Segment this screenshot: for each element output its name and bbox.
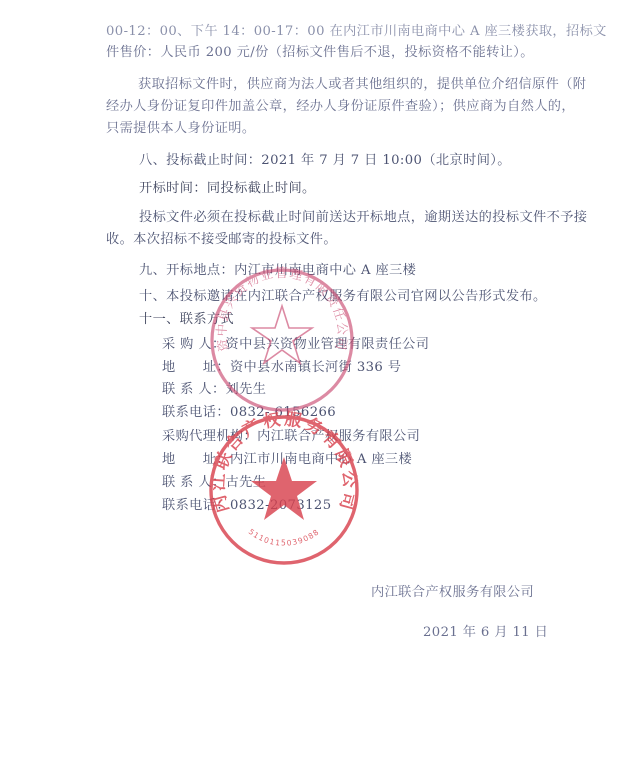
purchaser-address-row: 地 址：资中县水南镇长河街 336 号 (162, 359, 401, 377)
agency-phone-value: 0832-2073125 (230, 498, 332, 513)
contact-section-title: 十一、联系方式 (139, 311, 234, 329)
obtain-line-2: 经办人身份证复印件加盖公章，经办人身份证原件查验）；供应商为自然人的， (106, 98, 575, 116)
submission-line-1: 投标文件必须在投标截止时间前送达开标地点，逾期送达的投标文件不予接 (139, 209, 587, 227)
opening-time: 开标时间：同投标截止时间。 (139, 180, 316, 198)
agency-phone-label: 联系电话： (162, 498, 230, 513)
purchaser-phone-row: 联系电话：0832- 6156266 (162, 404, 336, 422)
agency-value: 内江联合产权服务有限公司 (257, 429, 420, 444)
submission-line-2: 收。本次招标不接受邮寄的投标文件。 (106, 231, 337, 249)
purchaser-phone-value: 0832- 6156266 (230, 405, 336, 420)
purchaser-row: 采 购 人：资中县兴资物业管理有限责任公司 (162, 336, 429, 354)
purchaser-contact-label: 联 系 人： (162, 382, 226, 397)
document-page: 00-12：00、下午 14：00-17：00 在内江市川南电商中心 A 座三楼… (0, 0, 632, 775)
agency-contact-label: 联 系 人： (162, 475, 226, 490)
obtain-line-1: 获取招标文件时，供应商为法人或者其他组织的，提供单位介绍信原件（附 (138, 76, 586, 94)
obtain-line-3: 只需提供本人身份证明。 (106, 120, 255, 138)
purchaser-address-label: 地 址： (162, 360, 230, 375)
publication-notice: 十、本投标邀请在内江联合产权服务有限公司官网以公告形式发布。 (139, 288, 547, 306)
purchaser-label: 采 购 人： (162, 337, 226, 352)
purchaser-value: 资中县兴资物业管理有限责任公司 (226, 337, 430, 352)
agency-contact-value: 古先生 (226, 475, 267, 490)
signature-date: 2021 年 6 月 11 日 (423, 624, 548, 642)
paragraph-top-line-1: 00-12：00、下午 14：00-17：00 在内江市川南电商中心 A 座三楼… (106, 23, 607, 41)
bid-deadline: 八、投标截止时间：2021 年 7 月 7 日 10:00（北京时间）。 (139, 152, 511, 170)
purchaser-phone-label: 联系电话： (162, 405, 230, 420)
agency-seal-code: 5110115039088 (247, 527, 321, 548)
star-icon (252, 306, 312, 363)
agency-phone-row: 联系电话：0832-2073125 (162, 497, 332, 515)
agency-label: 采购代理机构： (162, 429, 257, 444)
purchaser-contact-row: 联 系 人：刘先生 (162, 381, 266, 399)
agency-row: 采购代理机构：内江联合产权服务有限公司 (162, 428, 420, 446)
agency-contact-row: 联 系 人：古先生 (162, 474, 266, 492)
purchaser-contact-value: 刘先生 (226, 382, 267, 397)
agency-address-row: 地 址：内江市川南电商中心 A 座三楼 (162, 451, 412, 469)
paragraph-top-line-2: 件售价：人民币 200 元/份（招标文件售后不退，投标资格不能转让）。 (106, 44, 534, 62)
opening-location: 九、开标地点：内江市川南电商中心 A 座三楼 (139, 262, 416, 280)
purchaser-address-value: 资中县水南镇长河街 336 号 (230, 360, 401, 375)
agency-address-label: 地 址： (162, 452, 230, 467)
agency-address-value: 内江市川南电商中心 A 座三楼 (230, 452, 412, 467)
svg-text:5110115039088: 5110115039088 (247, 527, 321, 548)
signature-org: 内江联合产权服务有限公司 (371, 584, 534, 602)
